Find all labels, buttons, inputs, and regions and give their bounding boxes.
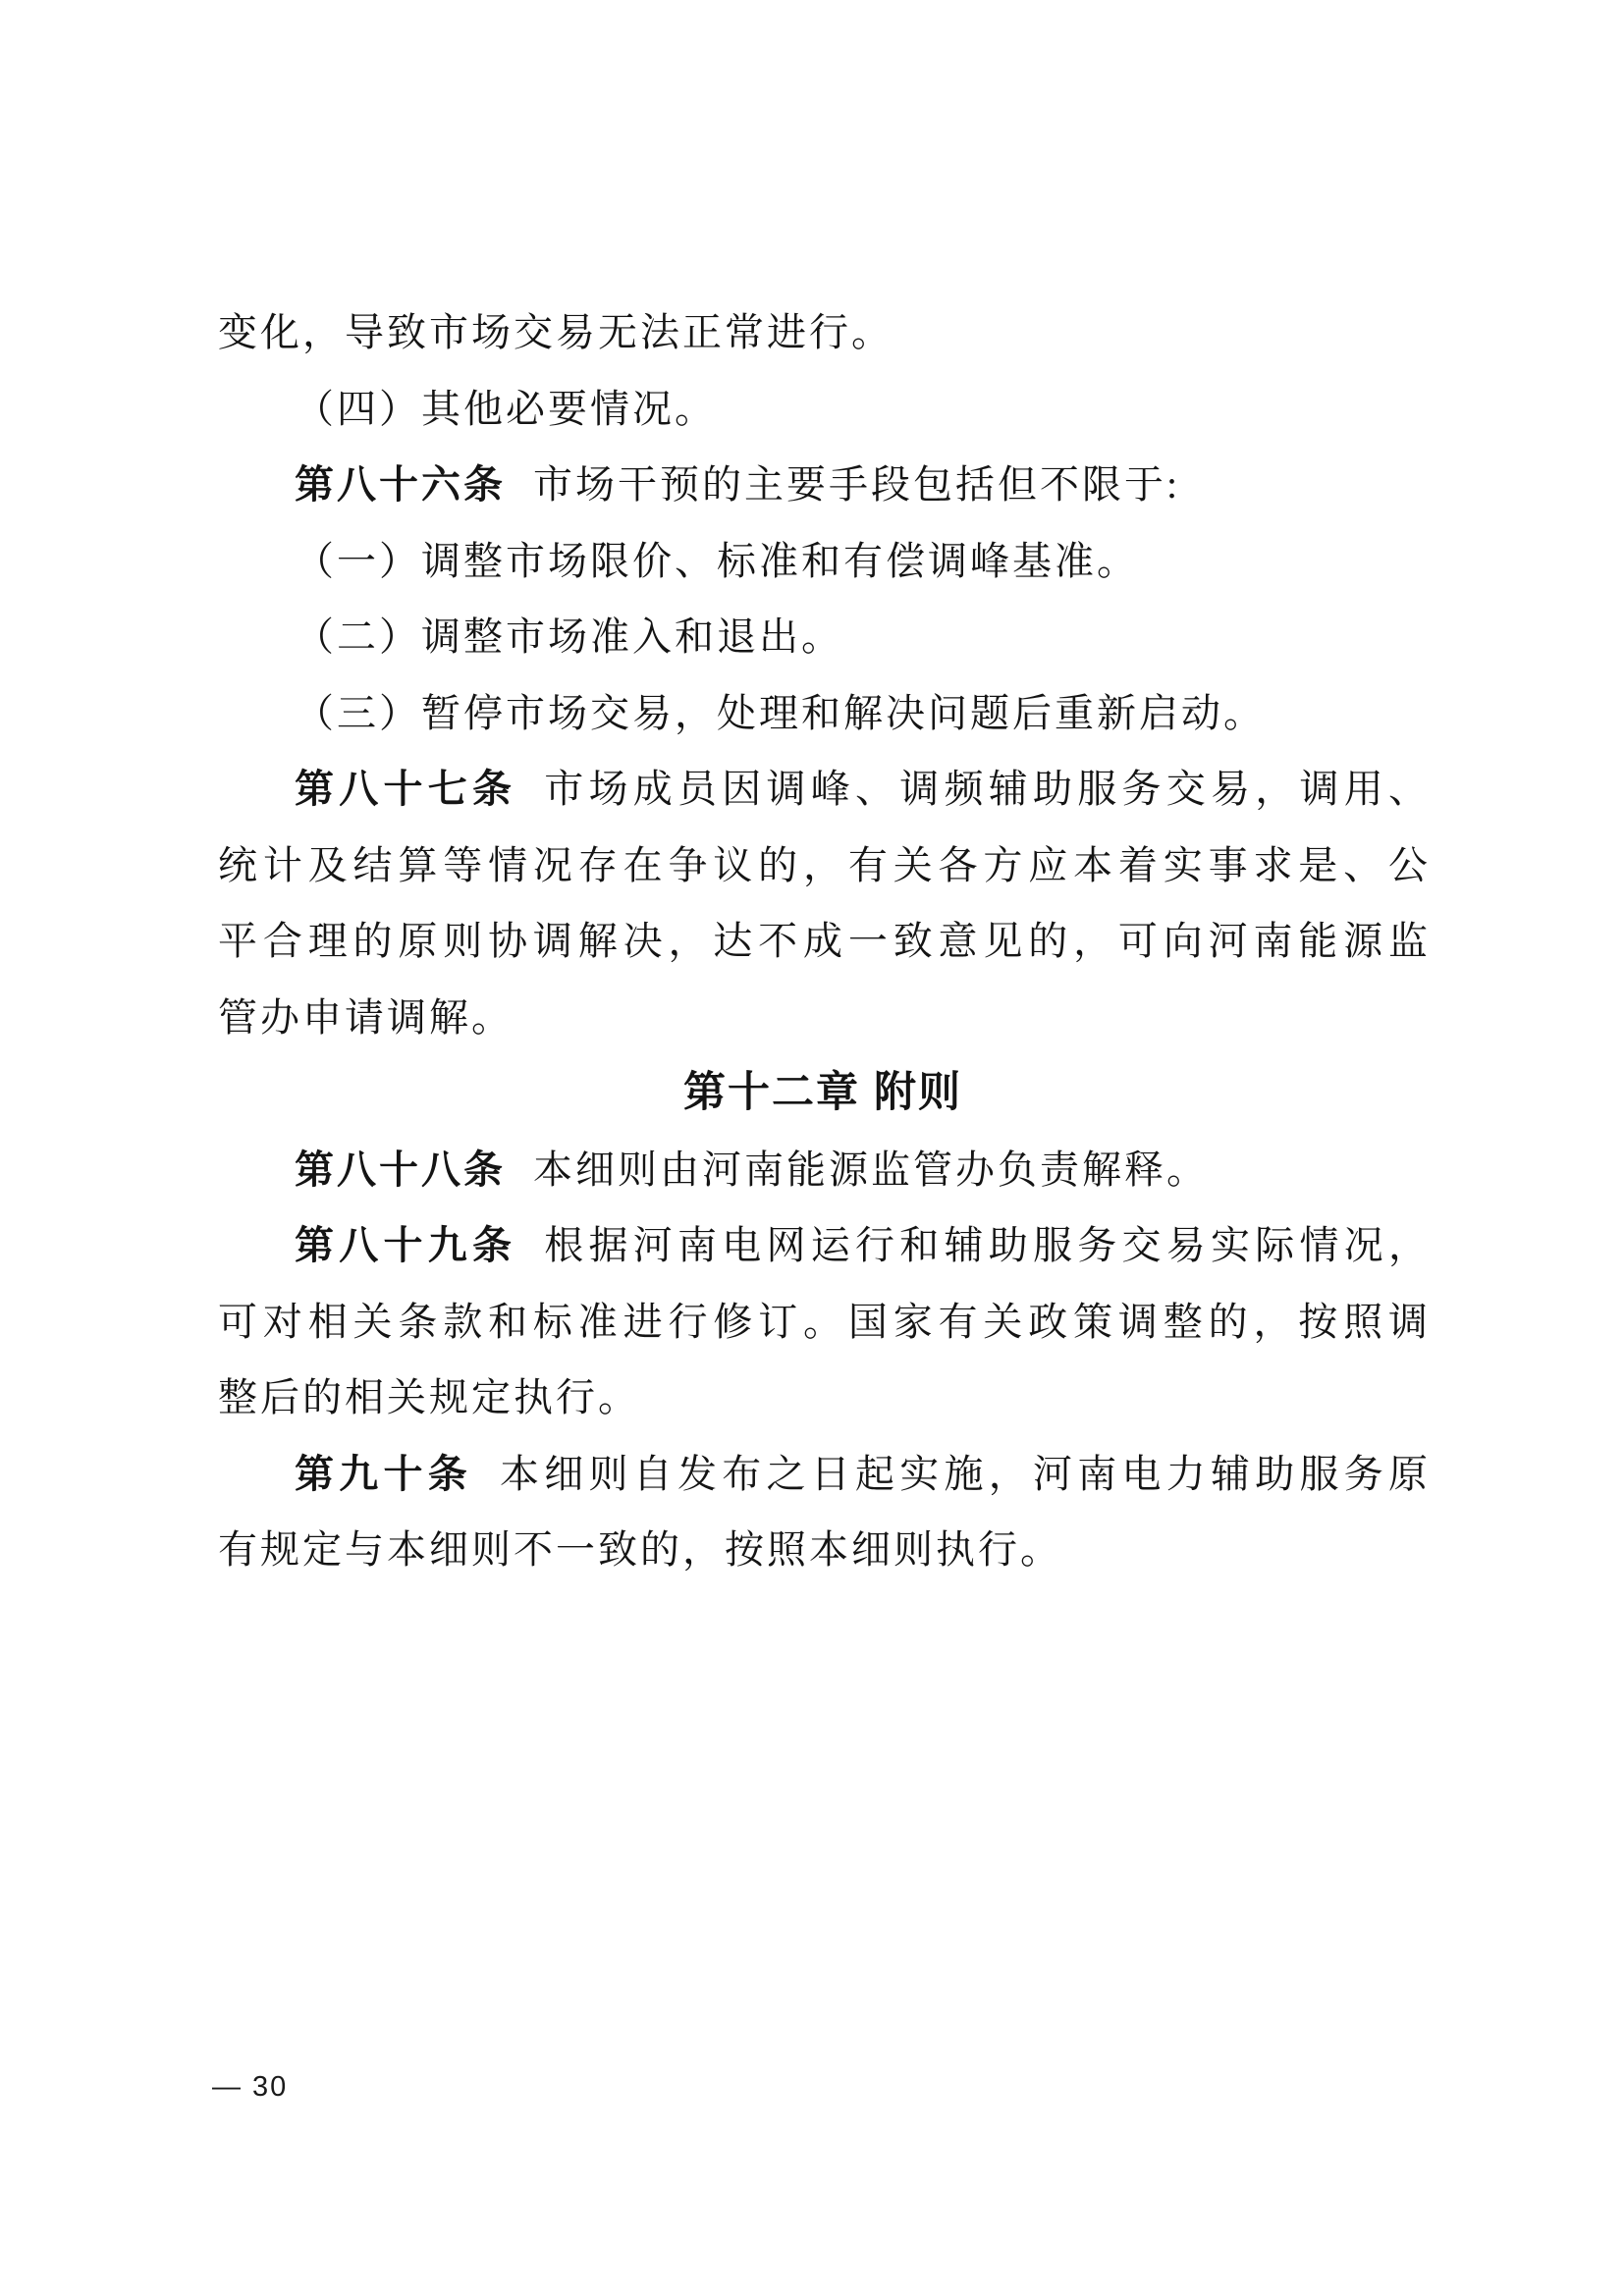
text-line: 可对相关条款和标准进行修订。国家有关政策调整的，按照调 — [218, 1284, 1428, 1361]
article-number: 第九十条 — [295, 1453, 472, 1496]
text-line: （一）调整市场限价、标准和有偿调峰基准。 — [218, 523, 1428, 600]
text-line: 整后的相关规定执行。 — [218, 1360, 1428, 1436]
text-line: 第八十七条市场成员因调峰、调频辅助服务交易，调用、 — [218, 751, 1428, 828]
article-number: 第八十六条 — [295, 463, 506, 507]
text-line: （二）调整市场准入和退出。 — [218, 599, 1428, 675]
line-text: 统计及结算等情况存在争议的，有关各方应本着实事求是、公 — [218, 843, 1428, 887]
line-text: 管办申请调解。 — [218, 995, 514, 1040]
page-number: — 30 — [212, 2067, 288, 2107]
article-number: 第八十七条 — [295, 768, 516, 811]
line-text: 有规定与本细则不一致的，按照本细则执行。 — [218, 1527, 1062, 1572]
document-page: 变化，导致市场交易无法正常进行。（四）其他必要情况。第八十六条市场干预的主要手段… — [0, 0, 1624, 2296]
text-line: 第九十条本细则自发布之日起实施，河南电力辅助服务原 — [218, 1436, 1428, 1513]
line-text: 整后的相关规定执行。 — [218, 1375, 640, 1419]
article-number: 第八十八条 — [295, 1148, 506, 1192]
text-line: 有规定与本细则不一致的，按照本细则执行。 — [218, 1512, 1428, 1588]
chapter-heading: 第十二章 附则 — [218, 1055, 1428, 1132]
line-text: 市场干预的主要手段包括但不限于: — [533, 462, 1180, 507]
text-line: （四）其他必要情况。 — [218, 371, 1428, 448]
line-text: 根据河南电网运行和辅助服务交易实际情况， — [544, 1223, 1428, 1267]
text-line: 管办申请调解。 — [218, 980, 1428, 1056]
line-text: （四）其他必要情况。 — [295, 387, 717, 431]
line-text: 可对相关条款和标准进行修订。国家有关政策调整的，按照调 — [218, 1300, 1428, 1344]
line-text: 平合理的原则协调解决，达不成一致意见的，可向河南能源监 — [218, 919, 1428, 963]
text-line: 第八十九条根据河南电网运行和辅助服务交易实际情况， — [218, 1207, 1428, 1284]
document-lines: 变化，导致市场交易无法正常进行。（四）其他必要情况。第八十六条市场干预的主要手段… — [218, 294, 1428, 1588]
line-text: （二）调整市场准入和退出。 — [295, 614, 843, 659]
line-text: 变化，导致市场交易无法正常进行。 — [218, 310, 893, 354]
line-text: 本细则自发布之日起实施，河南电力辅助服务原 — [500, 1452, 1428, 1496]
article-number: 第八十九条 — [295, 1224, 516, 1267]
text-line: （三）暂停市场交易，处理和解决问题后重新启动。 — [218, 675, 1428, 752]
line-text: 市场成员因调峰、调频辅助服务交易，调用、 — [544, 767, 1428, 811]
text-line: 第八十六条市场干预的主要手段包括但不限于: — [218, 447, 1428, 523]
text-line: 变化，导致市场交易无法正常进行。 — [218, 294, 1428, 371]
text-line: 平合理的原则协调解决，达不成一致意见的，可向河南能源监 — [218, 903, 1428, 980]
text-line: 第八十八条本细则由河南能源监管办负责解释。 — [218, 1132, 1428, 1208]
line-text: 本细则由河南能源监管办负责解释。 — [533, 1148, 1209, 1192]
line-text: （三）暂停市场交易，处理和解决问题后重新启动。 — [295, 691, 1266, 735]
line-text: （一）调整市场限价、标准和有偿调峰基准。 — [295, 539, 1139, 583]
text-line: 统计及结算等情况存在争议的，有关各方应本着实事求是、公 — [218, 828, 1428, 904]
